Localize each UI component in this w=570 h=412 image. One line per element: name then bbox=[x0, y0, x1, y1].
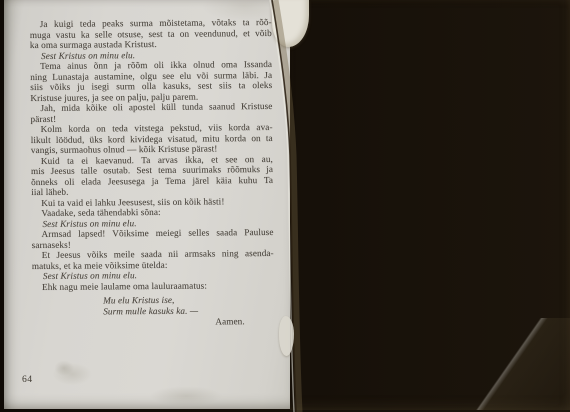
right-page-blank bbox=[290, 0, 570, 410]
text-line: Jah, mida kõike oli apostel küll tunda s… bbox=[30, 101, 272, 114]
text-line: õnneks oli elada Jeesusega ja Tema järel… bbox=[31, 174, 273, 187]
left-page: Ja kuigi teda peaks surma mõistetama, võ… bbox=[4, 0, 290, 409]
text-line: Ehk nagu meie laulame oma lauluraamatus: bbox=[32, 279, 274, 292]
text-line: Et Jeesus võiks meile saada nii armsaks … bbox=[32, 248, 274, 261]
book-scan: Ja kuigi teda peaks surma mõistetama, võ… bbox=[0, 0, 570, 412]
text-line: Armsad lapsed! Võiksime meiegi selles sa… bbox=[31, 227, 273, 240]
page-number: 64 bbox=[22, 375, 33, 385]
text-column: Ja kuigi teda peaks surma mõistetama, võ… bbox=[30, 17, 275, 328]
closing-word: Aamen. bbox=[32, 315, 274, 328]
page-corner-crease bbox=[438, 318, 570, 410]
text-line: siis võiks ju isegi surm olla kasuks, se… bbox=[30, 80, 272, 93]
